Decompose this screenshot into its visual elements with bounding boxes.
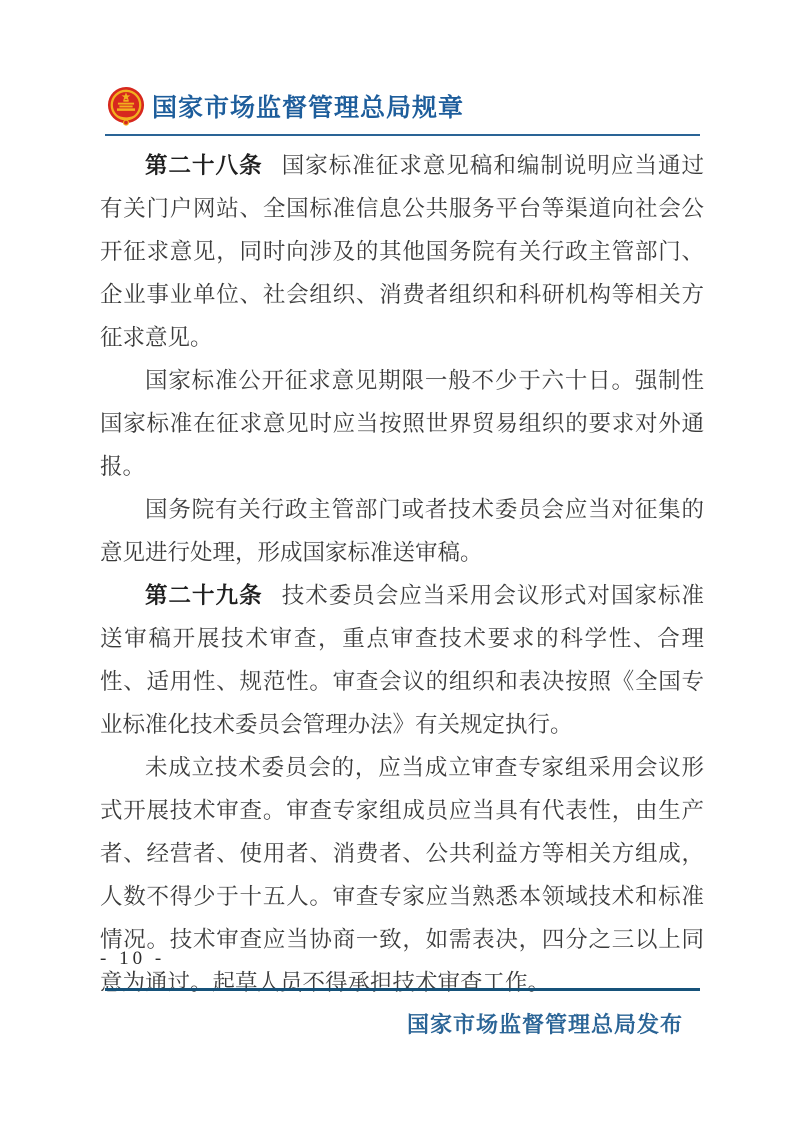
document-page: 国家市场监督管理总局规章 第二十八条国家标准征求意见稿和编制说明应当通过有关门户… — [0, 0, 800, 1131]
paragraph: 国务院有关行政主管部门或者技术委员会应当对征集的意见进行处理，形成国家标准送审稿… — [100, 488, 704, 574]
paragraph-article-28: 第二十八条国家标准征求意见稿和编制说明应当通过有关门户网站、全国标准信息公共服务… — [100, 144, 704, 359]
paragraph-text: 未成立技术委员会的，应当成立审查专家组采用会议形式开展技术审查。审查专家组成员应… — [100, 755, 704, 995]
header-divider — [105, 134, 700, 136]
paragraph-text: 国务院有关行政主管部门或者技术委员会应当对征集的意见进行处理，形成国家标准送审稿… — [100, 497, 704, 565]
paragraph-text: 国家标准征求意见稿和编制说明应当通过有关门户网站、全国标准信息公共服务平台等渠道… — [100, 153, 704, 350]
paragraph: 未成立技术委员会的，应当成立审查专家组采用会议形式开展技术审查。审查专家组成员应… — [100, 746, 704, 1004]
paragraph: 国家标准公开征求意见期限一般不少于六十日。强制性国家标准在征求意见时应当按照世界… — [100, 359, 704, 488]
document-body: 第二十八条国家标准征求意见稿和编制说明应当通过有关门户网站、全国标准信息公共服务… — [100, 144, 704, 1004]
article-number: 第二十八条 — [145, 153, 263, 178]
page-header: 国家市场监督管理总局规章 — [107, 86, 702, 126]
footer-publisher: 国家市场监督管理总局发布 — [105, 1008, 683, 1039]
header-title: 国家市场监督管理总局规章 — [152, 88, 464, 124]
article-number: 第二十九条 — [145, 583, 263, 608]
national-emblem-icon — [107, 86, 145, 126]
paragraph-article-29: 第二十九条技术委员会应当采用会议形式对国家标准送审稿开展技术审查，重点审查技术要… — [100, 574, 704, 746]
paragraph-text: 国家标准公开征求意见期限一般不少于六十日。强制性国家标准在征求意见时应当按照世界… — [100, 368, 704, 479]
page-number: - 10 - — [100, 948, 165, 970]
footer-divider — [105, 988, 700, 991]
